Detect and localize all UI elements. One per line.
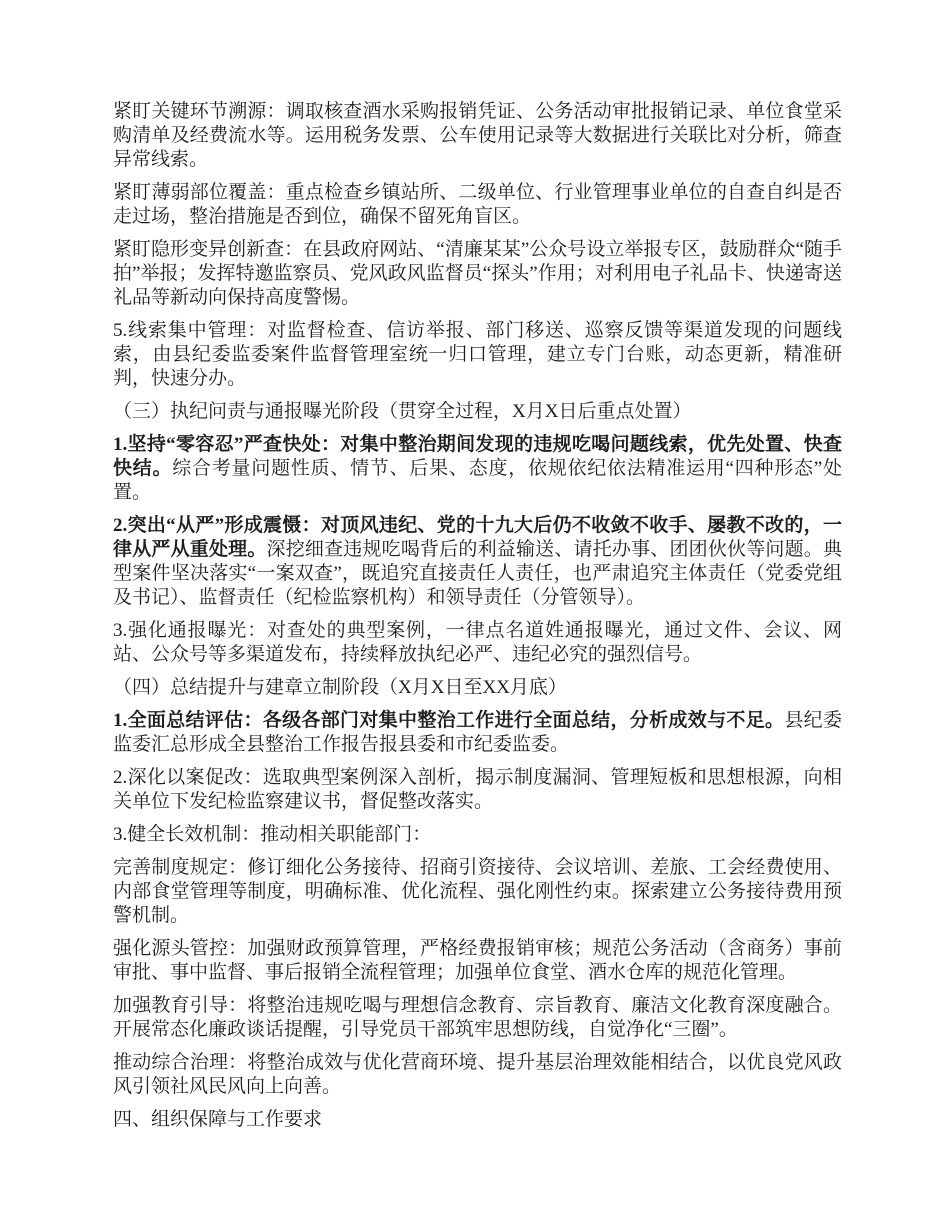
text-run: 推动综合治理：将整治成效与优化营商环境、提升基层治理效能相结合，以优良党风政风引… (113, 1052, 842, 1097)
paragraph: 紧盯薄弱部位覆盖：重点检查乡镇站所、二级单位、行业管理事业单位的自查自纠是否走过… (113, 181, 842, 229)
document-page: 紧盯关键环节溯源：调取核查酒水采购报销凭证、公务活动审批报销记录、单位食堂采购清… (0, 0, 950, 1230)
paragraph: 2.深化以案促改：选取典型案例深入剖析，揭示制度漏洞、管理短板和思想根源，向相关… (113, 766, 842, 814)
paragraph: 完善制度规定：修订细化公务接待、招商引资接待、会议培训、差旅、工会经费使用、内部… (113, 856, 842, 928)
text-run: （四）总结提升与建章立制阶段（X月X日至XX月底） (113, 677, 567, 698)
text-run: 综合考量问题性质、情节、后果、态度，依规依纪依法精准运用“四种形态”处置。 (113, 458, 842, 503)
paragraph: 紧盯关键环节溯源：调取核查酒水采购报销凭证、公务活动审批报销记录、单位食堂采购清… (113, 100, 842, 172)
paragraph: 3.健全长效机制：推动相关职能部门： (113, 823, 842, 847)
text-run: 3.健全长效机制：推动相关职能部门： (113, 824, 431, 845)
paragraph: 5.线索集中管理：对监督检查、信访举报、部门移送、巡察反馈等渠道发现的问题线索，… (113, 319, 842, 391)
paragraph: 四、组织保障与工作要求 (113, 1108, 842, 1132)
paragraph: 加强教育引导：将整治违规吃喝与理想信念教育、宗旨教育、廉洁文化教育深度融合。开展… (113, 994, 842, 1042)
paragraph: 紧盯隐形变异创新查：在县政府网站、“清廉某某”公众号设立举报专区，鼓励群众“随手… (113, 238, 842, 310)
text-run: 2.深化以案促改：选取典型案例深入剖析，揭示制度漏洞、管理短板和思想根源，向相关… (113, 767, 842, 812)
text-run: 紧盯关键环节溯源：调取核查酒水采购报销凭证、公务活动审批报销记录、单位食堂采购清… (113, 101, 842, 170)
text-run: 完善制度规定：修订细化公务接待、招商引资接待、会议培训、差旅、工会经费使用、内部… (113, 857, 842, 926)
text-run: 加强教育引导：将整治违规吃喝与理想信念教育、宗旨教育、廉洁文化教育深度融合。开展… (113, 995, 842, 1040)
text-run: 3.强化通报曝光：对查处的典型案例，一律点名道姓通报曝光，通过文件、会议、网站、… (113, 620, 842, 665)
paragraph: 强化源头管控：加强财政预算管理，严格经费报销审核；规范公务活动（含商务）事前审批… (113, 937, 842, 985)
text-run: （三）执纪问责与通报曝光阶段（贯穿全过程，X月X日后重点处置） (113, 401, 691, 422)
document-content: 紧盯关键环节溯源：调取核查酒水采购报销凭证、公务活动审批报销记录、单位食堂采购清… (113, 100, 842, 1141)
paragraph: （四）总结提升与建章立制阶段（X月X日至XX月底） (113, 676, 842, 700)
paragraph: 1.全面总结评估：各级各部门对集中整治工作进行全面总结，分析成效与不足。县纪委监… (113, 709, 842, 757)
text-run: 紧盯隐形变异创新查：在县政府网站、“清廉某某”公众号设立举报专区，鼓励群众“随手… (113, 239, 842, 308)
text-run: 5.线索集中管理：对监督检查、信访举报、部门移送、巡察反馈等渠道发现的问题线索，… (113, 320, 842, 389)
paragraph: 推动综合治理：将整治成效与优化营商环境、提升基层治理效能相结合，以优良党风政风引… (113, 1051, 842, 1099)
bold-text-run: 1.全面总结评估：各级各部门对集中整治工作进行全面总结，分析成效与不足。 (113, 710, 784, 731)
paragraph: 3.强化通报曝光：对查处的典型案例，一律点名道姓通报曝光，通过文件、会议、网站、… (113, 619, 842, 667)
paragraph: 2.突出“从严”形成震慑：对顶风违纪、党的十九大后仍不收敛不收手、屡教不改的，一… (113, 514, 842, 610)
text-run: 四、组织保障与工作要求 (113, 1109, 322, 1130)
paragraph: （三）执纪问责与通报曝光阶段（贯穿全过程，X月X日后重点处置） (113, 400, 842, 424)
paragraph: 1.坚持“零容忍”严查快处：对集中整治期间发现的违规吃喝问题线索，优先处置、快查… (113, 433, 842, 505)
text-run: 强化源头管控：加强财政预算管理，严格经费报销审核；规范公务活动（含商务）事前审批… (113, 938, 842, 983)
text-run: 紧盯薄弱部位覆盖：重点检查乡镇站所、二级单位、行业管理事业单位的自查自纠是否走过… (113, 182, 842, 227)
